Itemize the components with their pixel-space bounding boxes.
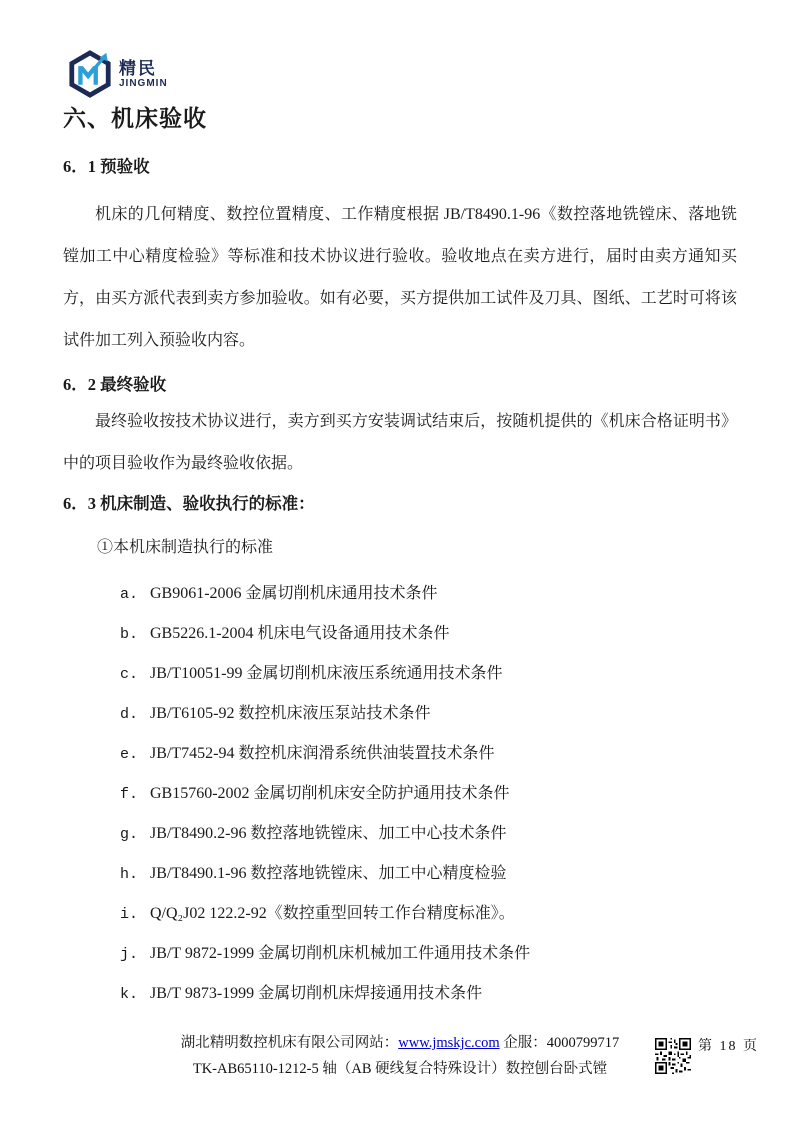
company-logo: 精民 JINGMIN bbox=[67, 50, 737, 98]
logo-name-cn: 精民 bbox=[119, 60, 168, 77]
standard-item-text: JB/T8490.2-96 数控落地铣镗床、加工中心技术条件 bbox=[150, 814, 506, 854]
standard-item-letter: i. bbox=[120, 895, 150, 935]
standards-list-item: e. JB/T7452-94 数控机床润滑系统供油装置技术条件 bbox=[63, 734, 737, 774]
standards-list-item: a. GB9061-2006 金属切削机床通用技术条件 bbox=[63, 574, 737, 614]
standards-list-item: f. GB15760-2002 金属切削机床安全防护通用技术条件 bbox=[63, 774, 737, 814]
logo-name-en: JINGMIN bbox=[119, 79, 168, 89]
standards-list-item: c. JB/T10051-99 金属切削机床液压系统通用技术条件 bbox=[63, 654, 737, 694]
standard-item-letter: d. bbox=[120, 695, 150, 735]
standards-list-item: i. Q/Q₂J02 122.2-92《数控重型回转工作台精度标准》。 bbox=[63, 894, 737, 934]
standard-item-letter: e. bbox=[120, 735, 150, 775]
standard-item-text: JB/T6105-92 数控机床液压泵站技术条件 bbox=[150, 694, 430, 734]
footer-company-text: 湖北精明数控机床有限公司网站： bbox=[181, 1035, 399, 1051]
standards-sub-heading: ①本机床制造执行的标准 bbox=[97, 536, 737, 560]
standards-list-item: b. GB5226.1-2004 机床电气设备通用技术条件 bbox=[63, 614, 737, 654]
standard-item-letter: f. bbox=[120, 775, 150, 815]
standard-item-text: GB15760-2002 金属切削机床安全防护通用技术条件 bbox=[150, 774, 510, 814]
standard-item-text: JB/T 9872-1999 金属切削机床机械加工件通用技术条件 bbox=[150, 934, 530, 974]
standard-item-text: JB/T8490.1-96 数控落地铣镗床、加工中心精度检验 bbox=[150, 854, 506, 894]
standards-list-item: h. JB/T8490.1-96 数控落地铣镗床、加工中心精度检验 bbox=[63, 854, 737, 894]
footer-website-link[interactable]: www.jmskjc.com bbox=[398, 1035, 499, 1051]
standard-item-letter: a. bbox=[120, 575, 150, 615]
standard-item-letter: c. bbox=[120, 655, 150, 695]
standards-list: a. GB9061-2006 金属切削机床通用技术条件 b. GB5226.1-… bbox=[63, 574, 737, 1014]
standard-item-text: GB5226.1-2004 机床电气设备通用技术条件 bbox=[150, 614, 450, 654]
qr-code-icon bbox=[655, 1038, 691, 1074]
standard-item-letter: k. bbox=[120, 975, 150, 1015]
section-6-2-paragraph: 最终验收按技术协议进行，卖方到买方安装调试结束后，按随机提供的《机床合格证明书》… bbox=[63, 401, 737, 485]
standards-list-item: g. JB/T8490.2-96 数控落地铣镗床、加工中心技术条件 bbox=[63, 814, 737, 854]
standard-item-text: JB/T7452-94 数控机床润滑系统供油装置技术条件 bbox=[150, 734, 494, 774]
standard-item-text: GB9061-2006 金属切削机床通用技术条件 bbox=[150, 574, 438, 614]
logo-text: 精民 JINGMIN bbox=[119, 60, 168, 89]
section-6-1-paragraph: 机床的几何精度、数控位置精度、工作精度根据 JB/T8490.1-96《数控落地… bbox=[63, 194, 737, 362]
standards-list-item: j. JB/T 9872-1999 金属切削机床机械加工件通用技术条件 bbox=[63, 934, 737, 974]
hexagon-m-logo-icon bbox=[67, 50, 113, 98]
standard-item-letter: b. bbox=[120, 615, 150, 655]
footer-service-phone: 企服：4000799717 bbox=[500, 1035, 620, 1051]
standard-item-text: JB/T10051-99 金属切削机床液压系统通用技术条件 bbox=[150, 654, 502, 694]
standards-list-item: d. JB/T6105-92 数控机床液压泵站技术条件 bbox=[63, 694, 737, 734]
page-footer: 湖北精明数控机床有限公司网站：www.jmskjc.com 企服：4000799… bbox=[0, 1030, 800, 1090]
standard-item-text: JB/T 9873-1999 金属切削机床焊接通用技术条件 bbox=[150, 974, 482, 1014]
section-heading-6-3: 6．3 机床制造、验收执行的标准： bbox=[63, 491, 737, 516]
page-number: 第 18 页 bbox=[698, 1034, 759, 1060]
standard-item-letter: j. bbox=[120, 935, 150, 975]
standards-list-item: k. JB/T 9873-1999 金属切削机床焊接通用技术条件 bbox=[63, 974, 737, 1014]
document-page: 精民 JINGMIN 六、机床验收 6．1 预验收 机床的几何精度、数控位置精度… bbox=[0, 0, 800, 1131]
document-title: 六、机床验收 bbox=[63, 104, 737, 134]
section-heading-6-1: 6．1 预验收 bbox=[63, 154, 737, 179]
standard-item-letter: h. bbox=[120, 855, 150, 895]
standard-item-letter: g. bbox=[120, 815, 150, 855]
section-heading-6-2: 6．2 最终验收 bbox=[63, 372, 737, 397]
standard-item-text: Q/Q₂J02 122.2-92《数控重型回转工作台精度标准》。 bbox=[150, 894, 515, 934]
